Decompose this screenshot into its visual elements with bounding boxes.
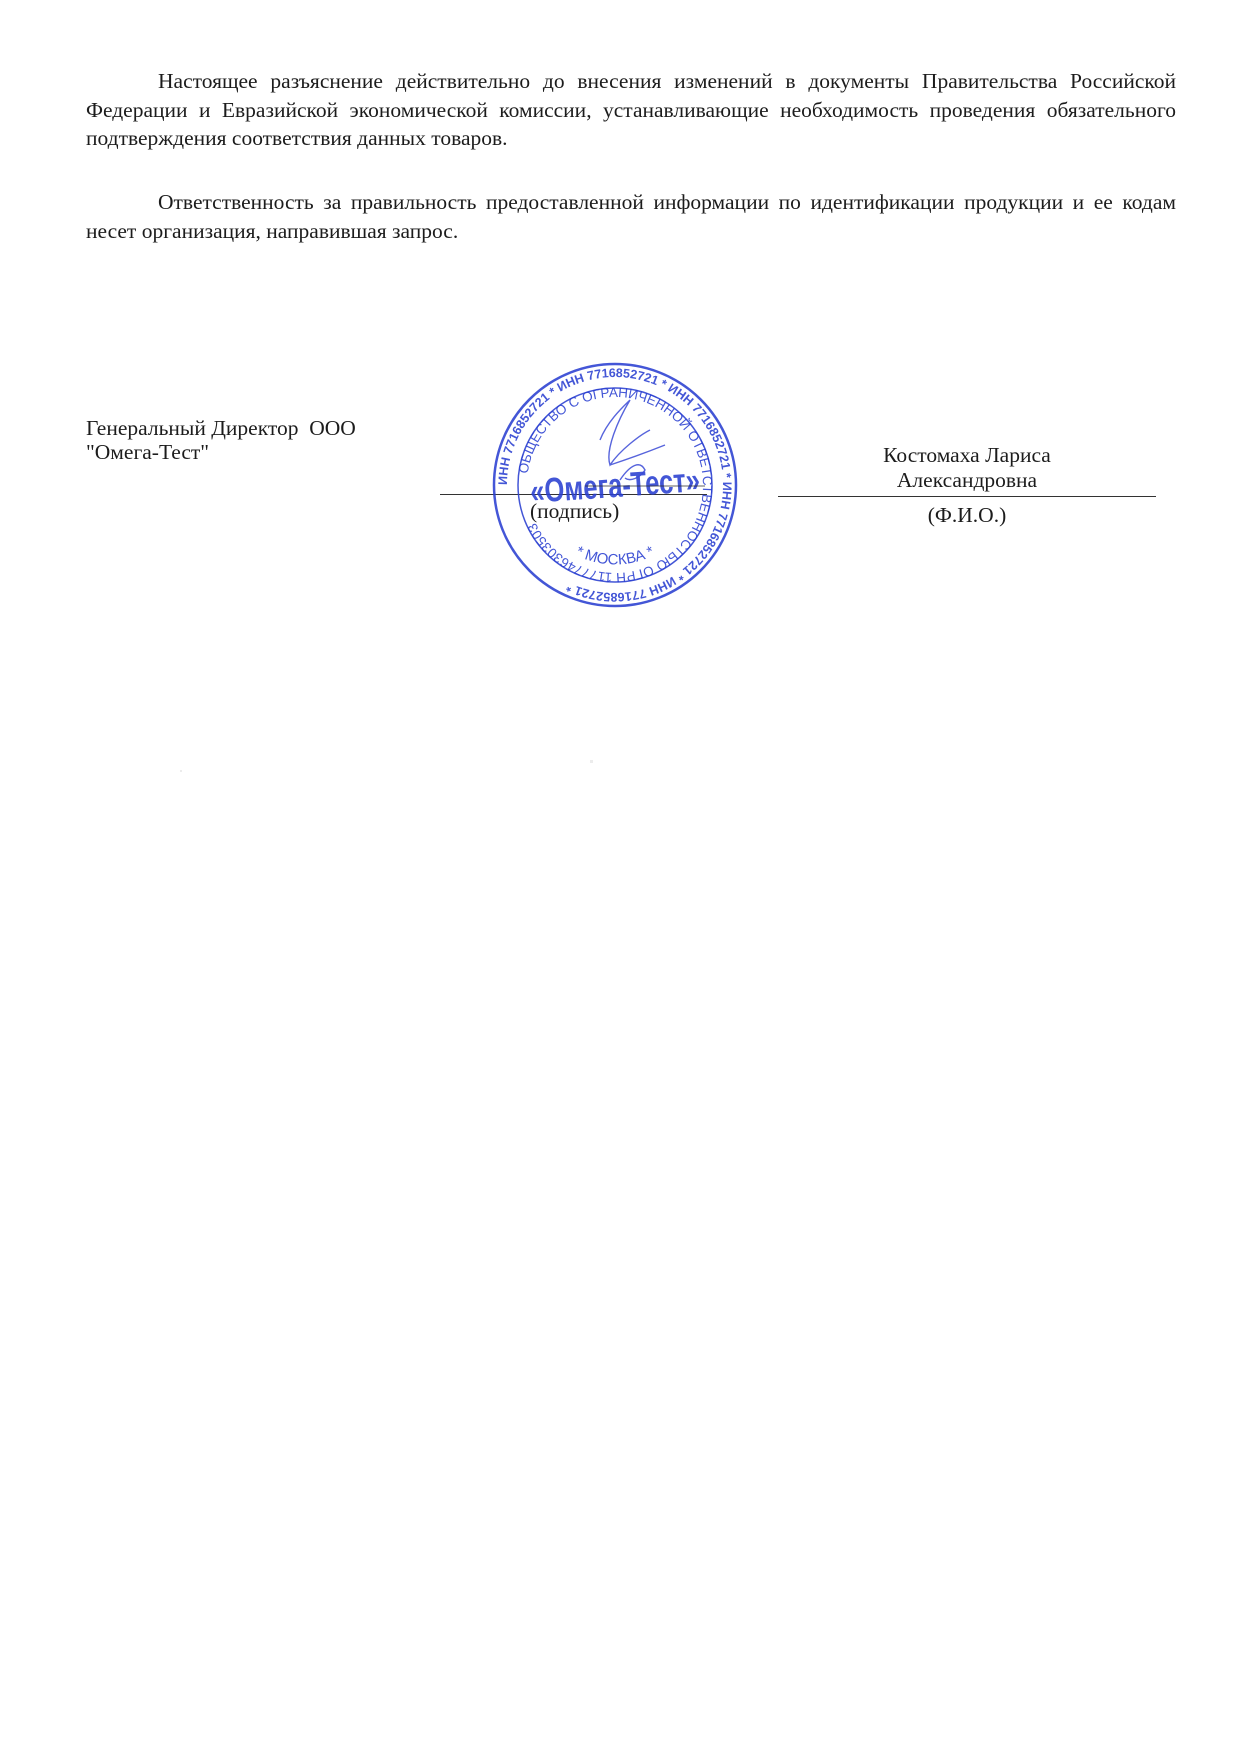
- signatory-name-line1: Костомаха Лариса: [778, 443, 1156, 468]
- signatory-position-line2: "Омега-Тест": [86, 440, 356, 464]
- responsibility-paragraph-text: Ответственность за правильность предоста…: [86, 190, 1176, 243]
- validity-paragraph-text: Настоящее разъяснение действительно до в…: [86, 69, 1176, 150]
- signatory-position: Генеральный Директор ООО "Омега-Тест": [86, 416, 356, 464]
- company-stamp: ИНН 7716852721 * ИНН 7716852721 * ИНН 77…: [490, 360, 740, 610]
- scan-artifact: [590, 760, 593, 763]
- name-caption: (Ф.И.О.): [778, 503, 1156, 527]
- name-line: [778, 496, 1156, 497]
- document-page: Настоящее разъяснение действительно до в…: [0, 0, 1240, 1754]
- signatory-name-line2: Александровна: [778, 468, 1156, 493]
- responsibility-paragraph: Ответственность за правильность предоста…: [86, 188, 1176, 245]
- scan-artifact: [180, 770, 182, 772]
- signatory-name: Костомаха Лариса Александровна: [778, 443, 1156, 493]
- stamp-bottom-text: * МОСКВА *: [573, 543, 657, 569]
- validity-paragraph: Настоящее разъяснение действительно до в…: [86, 67, 1176, 153]
- signatory-position-line1: Генеральный Директор ООО: [86, 416, 356, 440]
